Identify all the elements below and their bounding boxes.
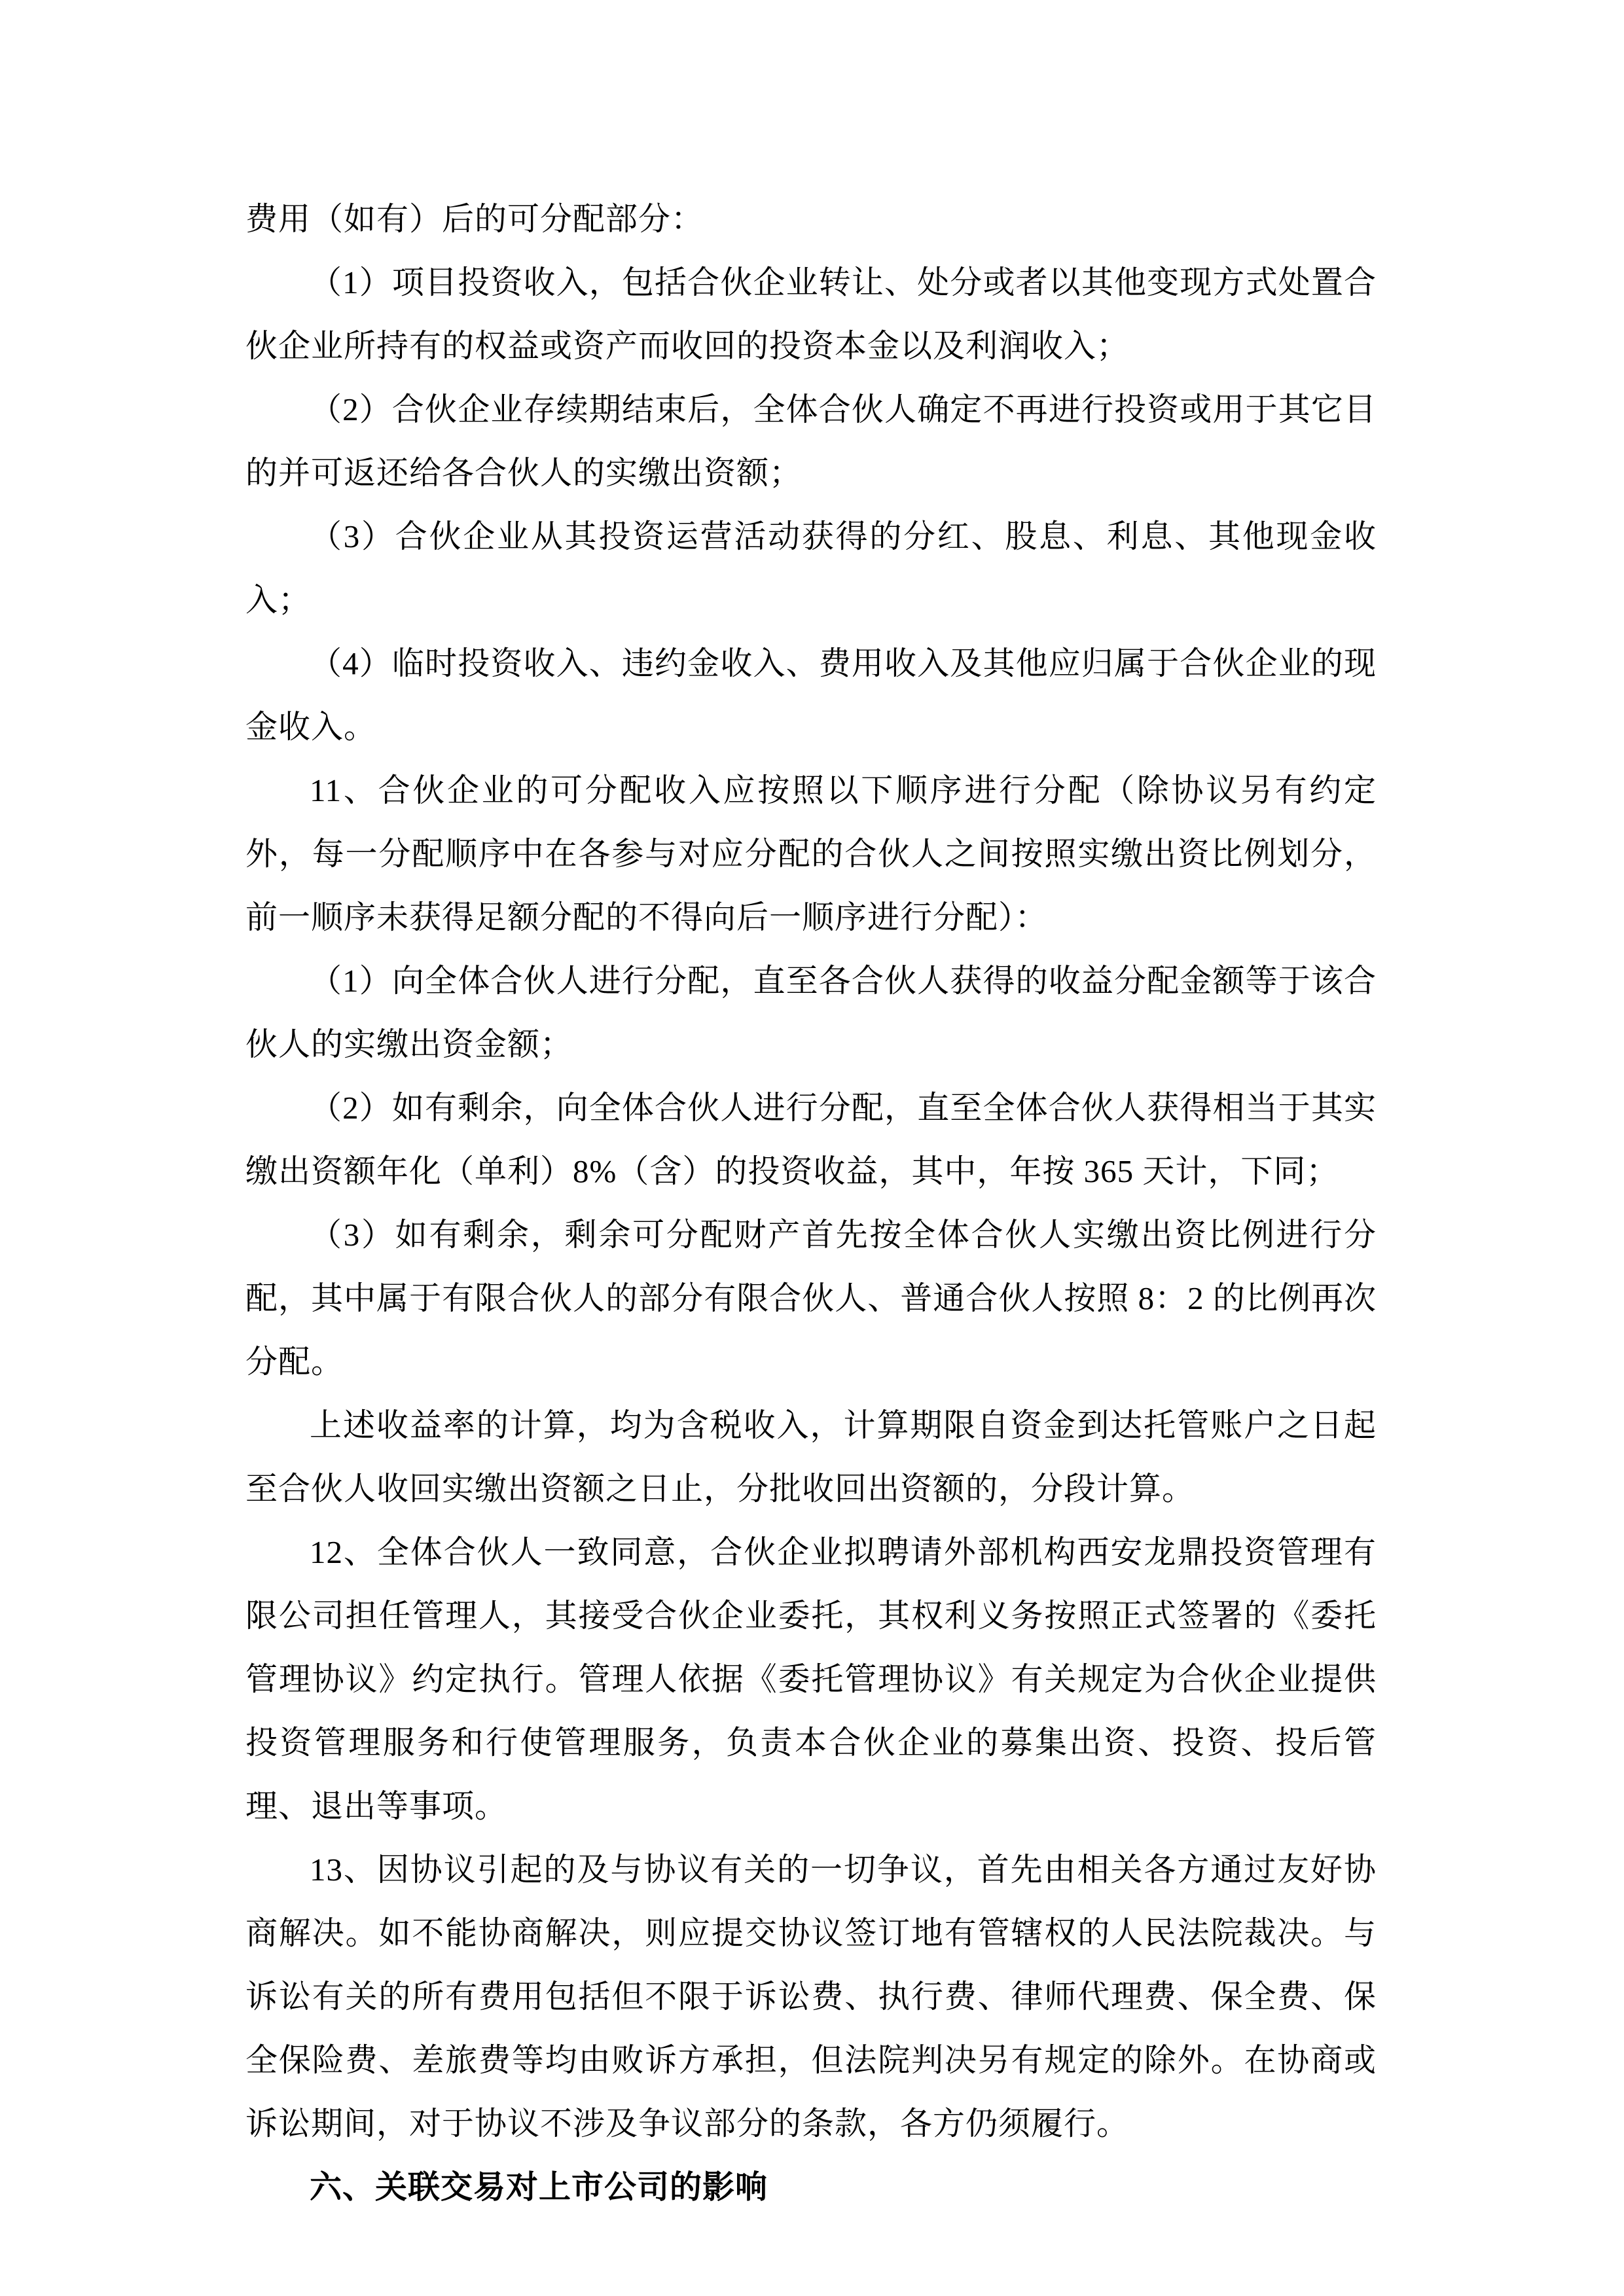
section-heading-six: 六、关联交易对上市公司的影响: [245, 2155, 1377, 2219]
paragraph-item-2: （2）合伙企业存续期结束后，全体合伙人确定不再进行投资或用于其它目的并可返还给各…: [245, 378, 1377, 505]
paragraph-clause-11: 11、合伙企业的可分配收入应按照以下顺序进行分配（除协议另有约定外，每一分配顺序…: [245, 759, 1377, 949]
paragraph-item-3: （3）合伙企业从其投资运营活动获得的分红、股息、利息、其他现金收入；: [245, 505, 1377, 632]
document-page: 费用（如有）后的可分配部分： （1）项目投资收入，包括合伙企业转让、处分或者以其…: [0, 0, 1624, 2296]
paragraph-yield-calculation: 上述收益率的计算，均为含税收入，计算期限自资金到达托管账户之日起至合伙人收回实缴…: [245, 1393, 1377, 1520]
paragraph-clause-12: 12、全体合伙人一致同意，合伙企业拟聘请外部机构西安龙鼎投资管理有限公司担任管理…: [245, 1520, 1377, 1838]
paragraph-continuation: 费用（如有）后的可分配部分：: [245, 187, 1377, 251]
paragraph-item-1: （1）项目投资收入，包括合伙企业转让、处分或者以其他变现方式处置合伙企业所持有的…: [245, 251, 1377, 378]
paragraph-clause-13: 13、因协议引起的及与协议有关的一切争议，首先由相关各方通过友好协商解决。如不能…: [245, 1838, 1377, 2155]
paragraph-clause-11-item-1: （1）向全体合伙人进行分配，直至各合伙人获得的收益分配金额等于该合伙人的实缴出资…: [245, 949, 1377, 1076]
paragraph-item-4: （4）临时投资收入、违约金收入、费用收入及其他应归属于合伙企业的现金收入。: [245, 632, 1377, 759]
paragraph-clause-11-item-2: （2）如有剩余，向全体合伙人进行分配，直至全体合伙人获得相当于其实缴出资额年化（…: [245, 1076, 1377, 1203]
paragraph-clause-11-item-3: （3）如有剩余，剩余可分配财产首先按全体合伙人实缴出资比例进行分配，其中属于有限…: [245, 1203, 1377, 1393]
